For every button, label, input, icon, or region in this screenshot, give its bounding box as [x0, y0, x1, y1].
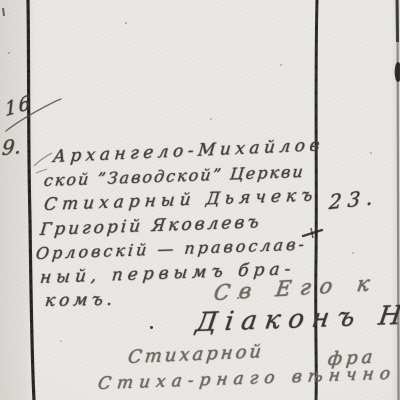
- ink-dot: [150, 326, 153, 329]
- paper-speck: [210, 118, 212, 120]
- margin-mark-bottom: 9.: [1, 134, 22, 160]
- tick-mark: [311, 228, 313, 238]
- paper-speck: [125, 22, 127, 24]
- stray-stroke: [34, 153, 52, 166]
- ink-dot: [237, 297, 239, 299]
- corner-speck: [3, 8, 4, 16]
- paper-speck: [352, 252, 354, 254]
- ink-blot: [395, 62, 400, 82]
- paper-speck: [8, 52, 10, 54]
- paper-speck: [370, 152, 372, 154]
- paper-speck: [280, 64, 282, 66]
- rule-right: [398, 0, 399, 400]
- scanned-register-page: 16 9. Архангело-Михайлов ской ”Заводской…: [0, 0, 400, 400]
- entry-line-7: комъ.: [44, 290, 118, 311]
- paper-speck: [60, 340, 62, 342]
